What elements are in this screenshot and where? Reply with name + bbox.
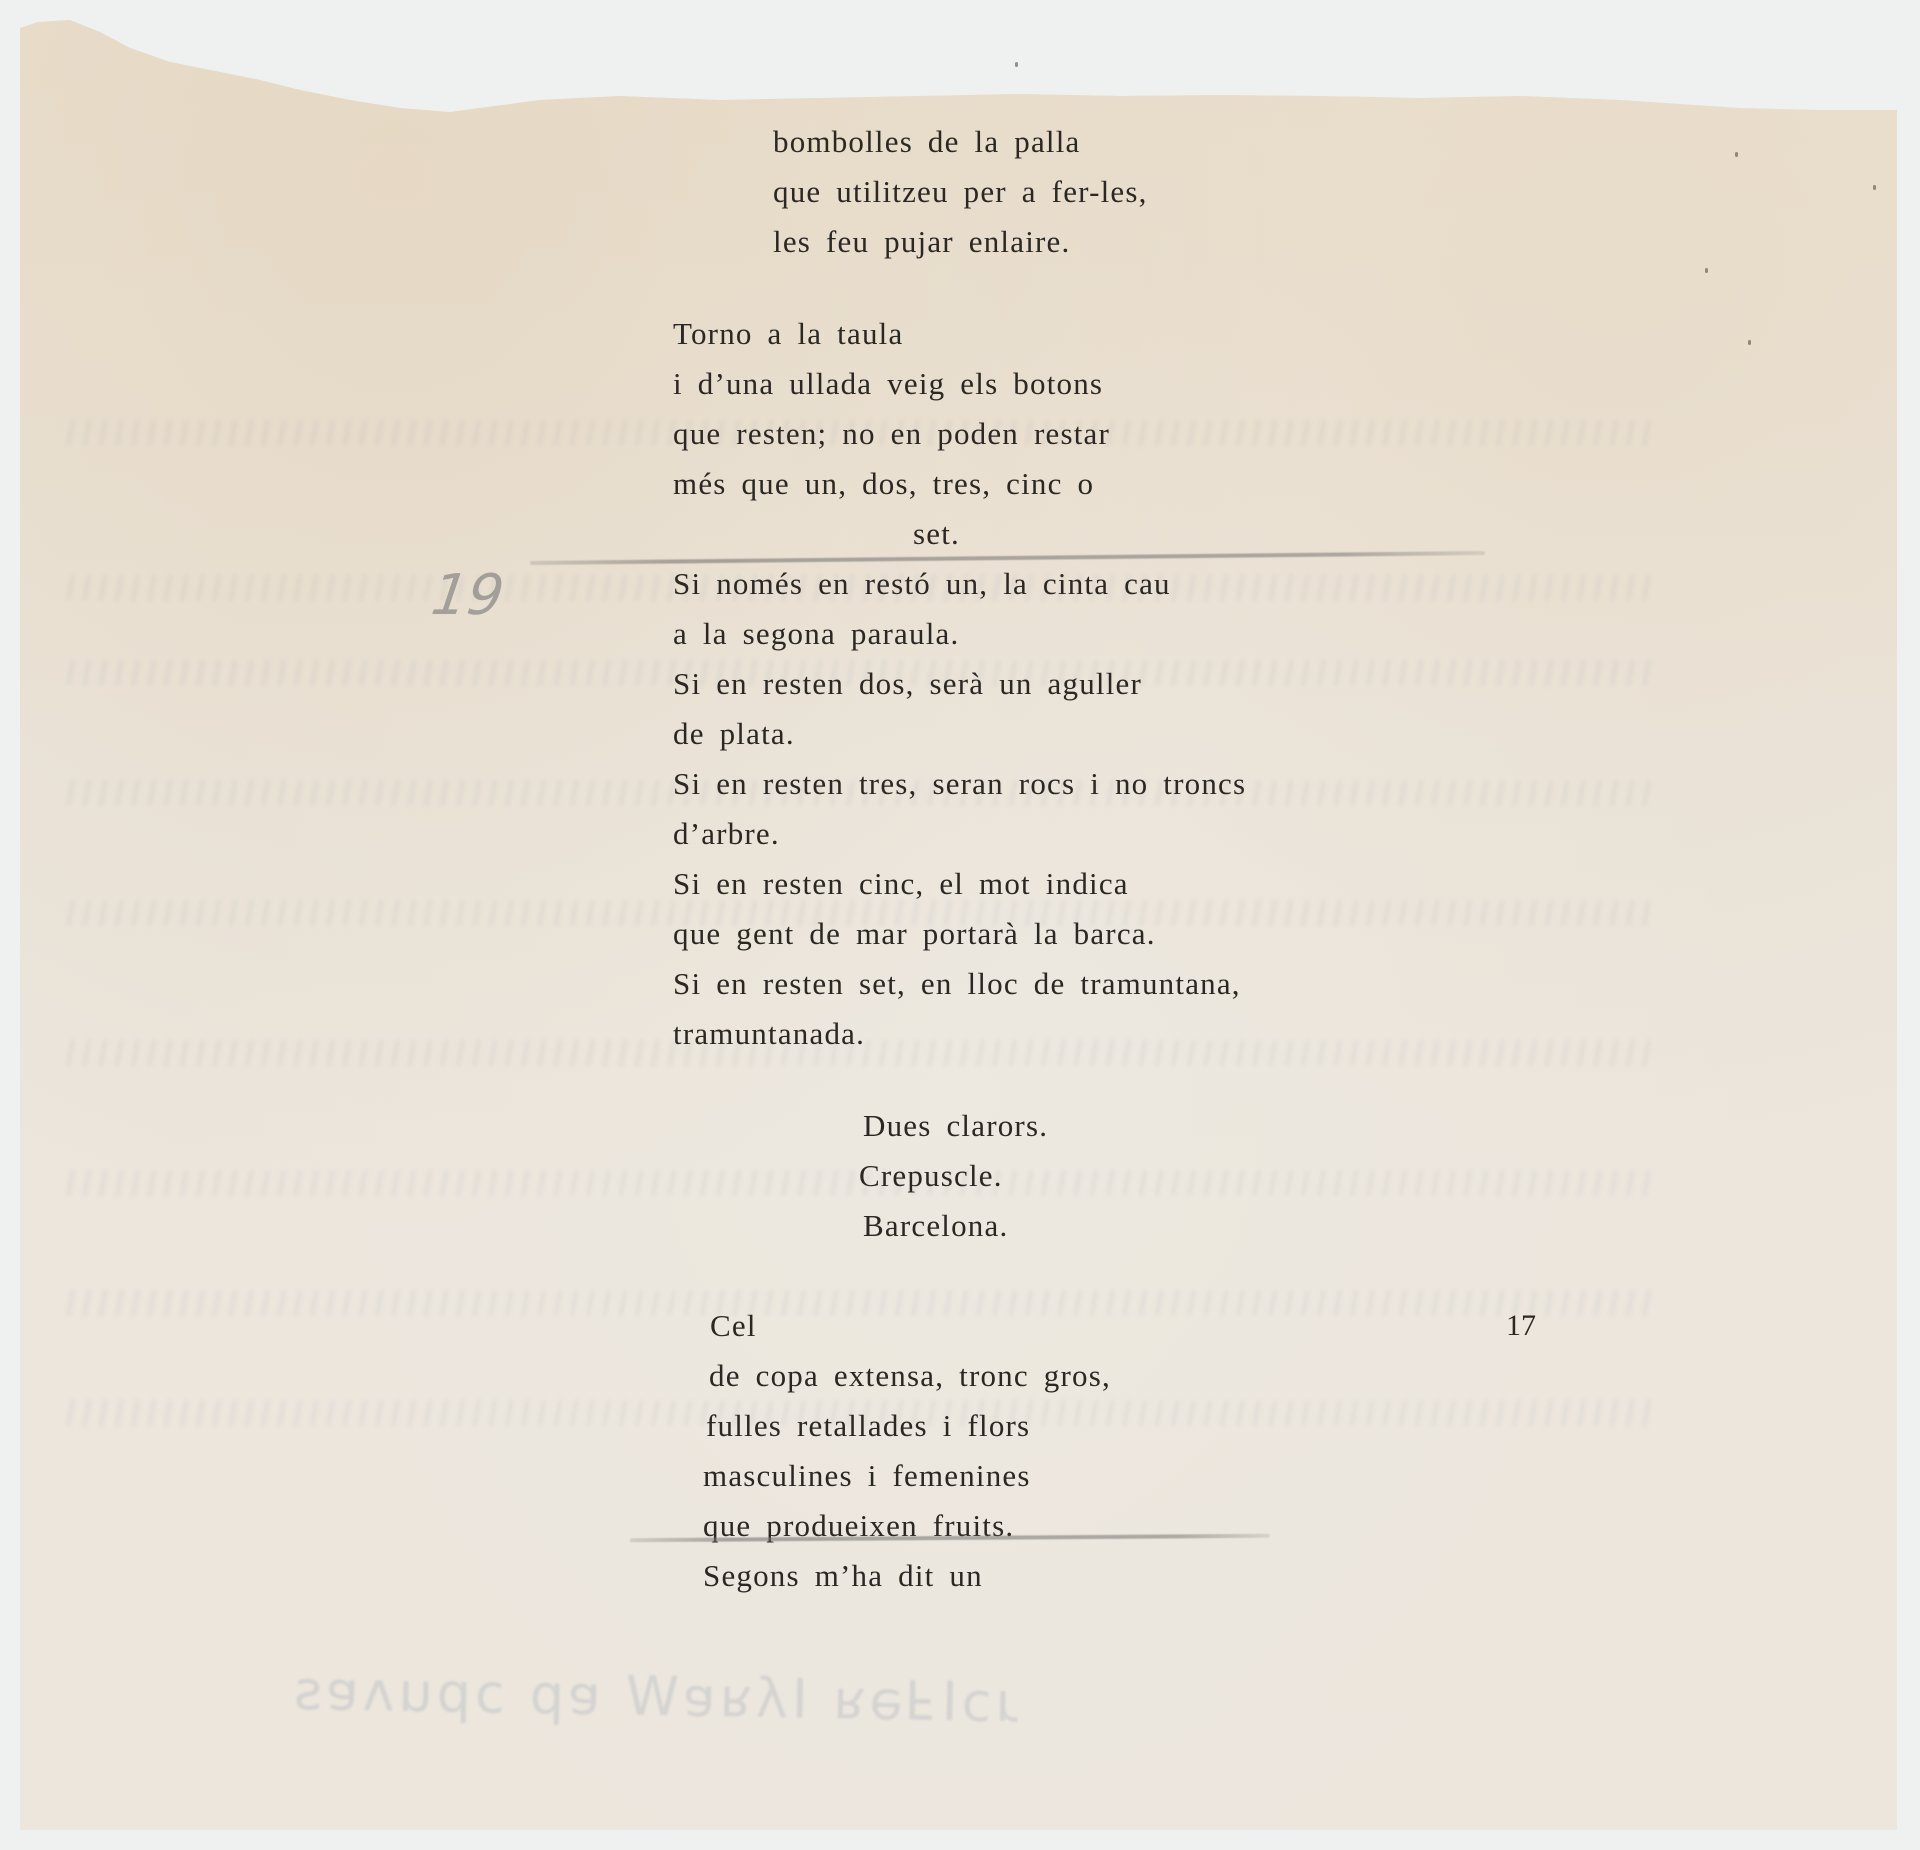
poem-line: set. [913,518,960,549]
poem-line: Cel [710,1310,757,1341]
poem-line: Torno a la taula [673,318,903,349]
bleed-through-line [60,1290,1660,1316]
poem-line: masculines i femenines [703,1460,1031,1491]
poem-line: les feu pujar enlaire. [773,226,1070,257]
poem-line: d’arbre. [673,818,780,849]
poem-line: Si en resten dos, serà un aguller [673,668,1142,699]
poem-line: que utilitzeu per a fer-les, [773,176,1148,207]
poem-line: Dues clarors. [863,1110,1048,1141]
paper-speck [1748,340,1751,345]
page-number: 17 [1506,1311,1536,1341]
poem-line: de copa extensa, tronc gros, [709,1360,1111,1391]
poem-line: a la segona paraula. [673,618,959,649]
handwritten-margin-number: 19 [428,568,507,624]
paper-speck [1735,152,1738,157]
poem-line: Si en resten tres, seran rocs i no tronc… [673,768,1246,799]
poem-line: Segons m’ha dit un [703,1560,983,1591]
poem-line: i d’una ullada veig els botons [673,368,1103,399]
poem-line: fulles retallades i flors [706,1410,1030,1441]
paper-speck [1873,185,1876,190]
poem-line: més que un, dos, tres, cinc o [673,468,1094,499]
poem-line: Barcelona. [863,1210,1008,1241]
poem-line: Crepuscle. [859,1160,1003,1191]
paper-speck [1705,268,1708,273]
poem-line: de plata. [673,718,795,749]
poem-line: tramuntanada. [673,1018,865,1049]
poem-line: Si en resten set, en lloc de tramuntana, [673,968,1241,999]
poem-line: Si en resten cinc, el mot indica [673,868,1129,899]
poem-line: que gent de mar portarà la barca. [673,918,1156,949]
poem-line: bombolles de la palla [773,126,1081,157]
bleed-through-text: ɹɔIℲǝᴚ IʎᴚɐW ɐp ɔpuʌɐs [290,1659,1019,1735]
paper-speck [1015,62,1018,67]
poem-line: que resten; no en poden restar [673,418,1110,449]
poem-line: Si només en restó un, la cinta cau [673,568,1171,599]
